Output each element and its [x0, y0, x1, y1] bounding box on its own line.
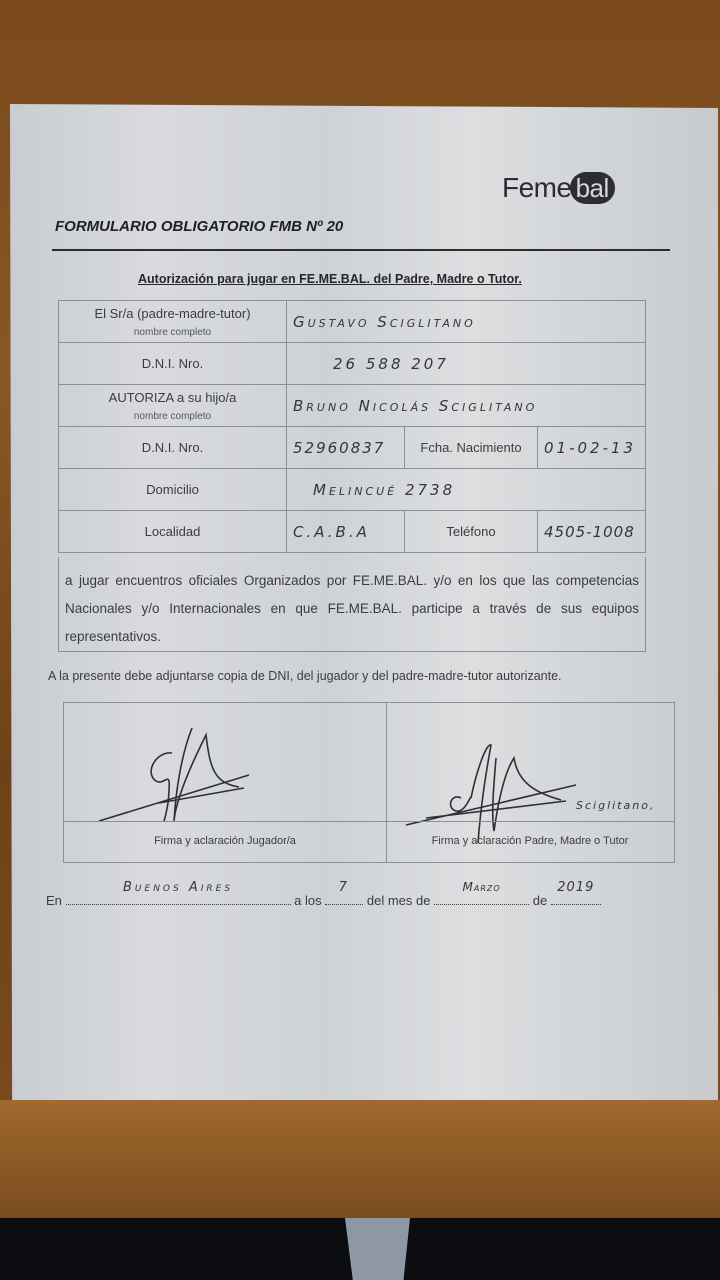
guardian-dni-value: 26 588 207: [333, 355, 449, 373]
signature-line: [64, 821, 386, 822]
table-row: El Sr/a (padre-madre-tutor) nombre compl…: [59, 301, 646, 343]
floor-gap: [345, 1218, 410, 1280]
femebal-logo: Femebal: [502, 172, 615, 204]
table-row: Localidad C.A.B.A Teléfono 4505-1008: [59, 511, 646, 553]
birth-date-field[interactable]: 01-02-13: [538, 427, 646, 469]
attachment-note: A la presente debe adjuntarse copia de D…: [48, 669, 562, 683]
address-value: Melincué 2738: [313, 481, 455, 499]
address-field[interactable]: Melincué 2738: [287, 469, 646, 511]
title-divider: [52, 249, 670, 251]
locality-field[interactable]: C.A.B.A: [287, 511, 405, 553]
form-subtitle: Autorización para jugar en FE.ME.BAL. de…: [138, 272, 522, 286]
child-sublabel: nombre completo: [65, 411, 280, 422]
table-row: D.N.I. Nro. 52960837 Fcha. Nacimiento 01…: [59, 427, 646, 469]
place-field[interactable]: Buenos Aires: [66, 890, 291, 905]
locality-value: C.A.B.A: [293, 523, 370, 541]
phone-value: 4505-1008: [544, 523, 635, 541]
child-name-value: Bruno Nicolás Sciglitano: [293, 397, 537, 415]
day-field[interactable]: 7: [325, 890, 363, 905]
child-label: AUTORIZA a su hijo/a: [109, 390, 237, 405]
form-title: FORMULARIO OBLIGATORIO FMB Nº 20: [55, 218, 343, 235]
child-dni-label: D.N.I. Nro.: [59, 427, 287, 469]
guardian-signature-name: Sciglitano,: [576, 799, 655, 812]
year-label: de: [533, 893, 547, 908]
guardian-name-value: Gustavo Sciglitano: [293, 313, 476, 331]
birth-date-value: 01-02-13: [544, 439, 636, 457]
locality-label: Localidad: [59, 511, 287, 553]
authorization-table: El Sr/a (padre-madre-tutor) nombre compl…: [58, 300, 646, 553]
table-row: AUTORIZA a su hijo/a nombre completo Bru…: [59, 385, 646, 427]
year-field[interactable]: 2019: [551, 890, 601, 905]
child-name-field[interactable]: Bruno Nicolás Sciglitano: [287, 385, 646, 427]
phone-label: Teléfono: [405, 511, 538, 553]
month-field[interactable]: Marzo: [434, 890, 529, 905]
player-signature-caption: Firma y aclaración Jugador/a: [64, 835, 386, 847]
month-value: Marzo: [434, 880, 529, 894]
child-label-cell: AUTORIZA a su hijo/a nombre completo: [59, 385, 287, 427]
guardian-name-field[interactable]: Gustavo Sciglitano: [287, 301, 646, 343]
day-value: 7: [325, 880, 363, 895]
guardian-label-cell: El Sr/a (padre-madre-tutor) nombre compl…: [59, 301, 287, 343]
logo-text: Feme: [502, 172, 572, 203]
phone-field[interactable]: 4505-1008: [538, 511, 646, 553]
guardian-signature-cell[interactable]: Sciglitano, Firma y aclaración Padre, Ma…: [386, 703, 674, 862]
place-value: Buenos Aires: [66, 880, 291, 895]
guardian-signature-icon: [386, 703, 674, 843]
child-dni-field[interactable]: 52960837: [287, 427, 405, 469]
wooden-table-edge: [0, 1100, 720, 1218]
player-signature-cell[interactable]: Firma y aclaración Jugador/a: [64, 703, 387, 862]
a-los-label: a los: [294, 893, 321, 908]
year-value: 2019: [551, 880, 601, 895]
table-row: D.N.I. Nro. 26 588 207: [59, 343, 646, 385]
guardian-signature-caption: Firma y aclaración Padre, Madre o Tutor: [386, 835, 674, 847]
child-dni-value: 52960837: [293, 439, 385, 457]
signature-line: [386, 821, 674, 822]
authorization-paragraph: a jugar encuentros oficiales Organizados…: [58, 557, 646, 652]
birth-date-label: Fcha. Nacimiento: [405, 427, 538, 469]
player-signature-icon: [64, 703, 386, 823]
table-row: Domicilio Melincué 2738: [59, 469, 646, 511]
signature-box: Firma y aclaración Jugador/a Sciglitano,…: [63, 702, 675, 863]
guardian-dni-field[interactable]: 26 588 207: [287, 343, 646, 385]
en-label: En: [46, 893, 62, 908]
guardian-sublabel: nombre completo: [65, 327, 280, 338]
month-label: del mes de: [367, 893, 431, 908]
logo-badge: bal: [570, 172, 615, 204]
address-label: Domicilio: [59, 469, 287, 511]
place-date-line: En Buenos Aires a los 7 del mes de Marzo…: [46, 890, 601, 908]
guardian-dni-label: D.N.I. Nro.: [59, 343, 287, 385]
guardian-label: El Sr/a (padre-madre-tutor): [94, 306, 250, 321]
